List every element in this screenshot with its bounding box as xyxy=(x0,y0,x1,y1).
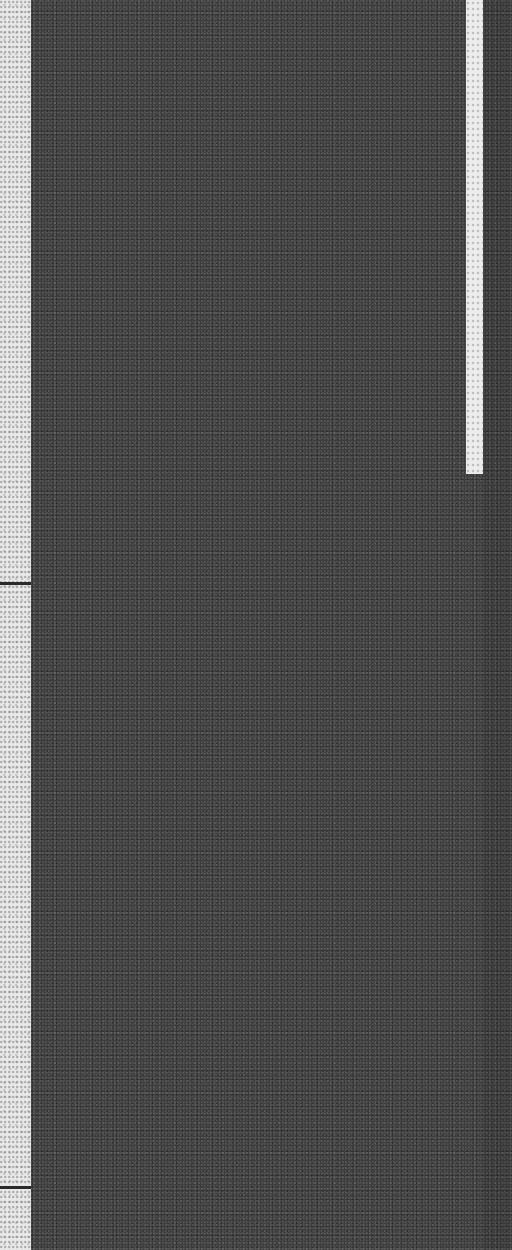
road-shoulder-shade xyxy=(483,0,512,1250)
asphalt-surface xyxy=(0,0,512,1250)
solid-edge-line xyxy=(0,0,31,1250)
lane-dash-marking xyxy=(466,0,483,474)
road-scene xyxy=(0,0,512,1250)
pavement-crack xyxy=(0,1186,31,1189)
pavement-crack xyxy=(0,582,31,585)
